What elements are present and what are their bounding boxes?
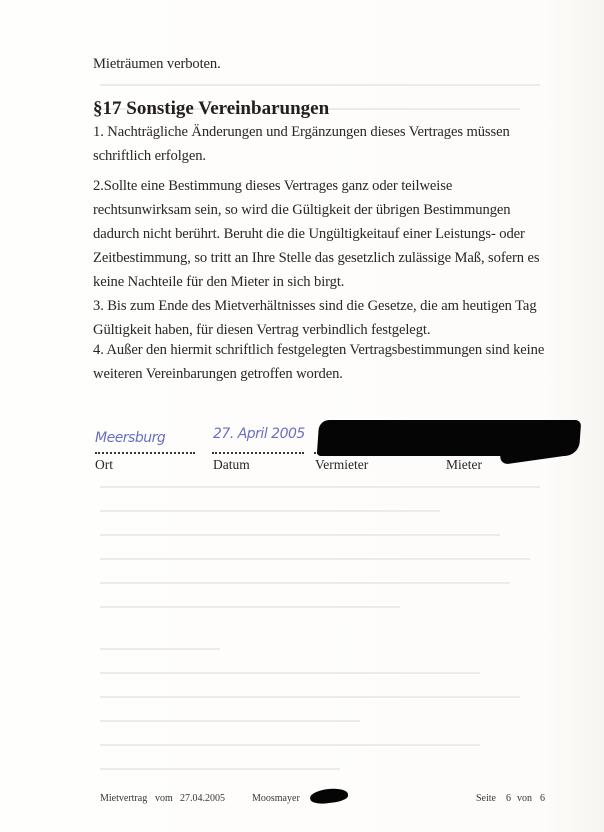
footer-from-label: vom (155, 793, 173, 804)
section-line: 2.Sollte eine Bestimmung dieses Vertrage… (93, 178, 452, 195)
section-line: Gültigkeit haben, für diesen Vertrag ver… (93, 322, 430, 339)
section-line: 1. Nachträgliche Änderungen und Ergänzun… (93, 124, 510, 141)
section-heading: §17 Sonstige Vereinbarungen (93, 98, 329, 120)
carryover-text: Mieträumen verboten. (93, 56, 221, 73)
bleed-through (100, 558, 530, 560)
footer-page-current: 6 (506, 793, 511, 804)
bleed-through (100, 696, 520, 698)
bleed-through (100, 84, 540, 86)
section-line: keine Nachteile für den Mieter in sich b… (93, 274, 344, 291)
footer-date: 27.04.2005 (180, 793, 225, 804)
footer-page-total: 6 (540, 793, 545, 804)
bleed-through (100, 582, 510, 584)
label-date: Datum (213, 457, 250, 473)
signature-line-place (95, 452, 195, 454)
bleed-through (100, 672, 480, 674)
signature-line-date (212, 452, 304, 454)
bleed-through (100, 486, 540, 488)
label-tenant: Mieter (446, 457, 482, 473)
handwritten-date: 27. April 2005 (213, 426, 305, 442)
footer-doc-title: Mietvertrag (100, 793, 147, 804)
bleed-through (100, 648, 220, 650)
section-line: 3. Bis zum Ende des Mietverhältnisses si… (93, 298, 537, 315)
section-line: 4. Außer den hiermit schriftlich festgel… (93, 342, 544, 359)
bleed-through (100, 510, 440, 512)
section-line: Zeitbestimmung, so tritt an Ihre Stelle … (93, 250, 539, 267)
footer-of-label: von (517, 793, 532, 804)
footer-page-label: Seite (476, 793, 496, 804)
handwritten-place: Meersburg (95, 430, 165, 446)
section-line: schriftlich erfolgen. (93, 148, 206, 165)
section-line: dadurch nicht berührt. Beruht die die Un… (93, 226, 525, 243)
redacted-footer-name (309, 786, 349, 805)
bleed-through (100, 768, 340, 770)
bleed-through (100, 744, 480, 746)
label-place: Ort (95, 457, 113, 473)
bleed-through (100, 720, 360, 722)
section-line: rechtsunwirksam sein, so wird die Gültig… (93, 202, 510, 219)
document-page: Mieträumen verboten. §17 Sonstige Verein… (0, 0, 604, 832)
bleed-through (100, 534, 500, 536)
bleed-through (100, 606, 400, 608)
footer-name: Moosmayer (252, 793, 300, 804)
label-landlord: Vermieter (315, 457, 368, 473)
section-line: weiteren Vereinbarungen getroffen worden… (93, 366, 343, 383)
